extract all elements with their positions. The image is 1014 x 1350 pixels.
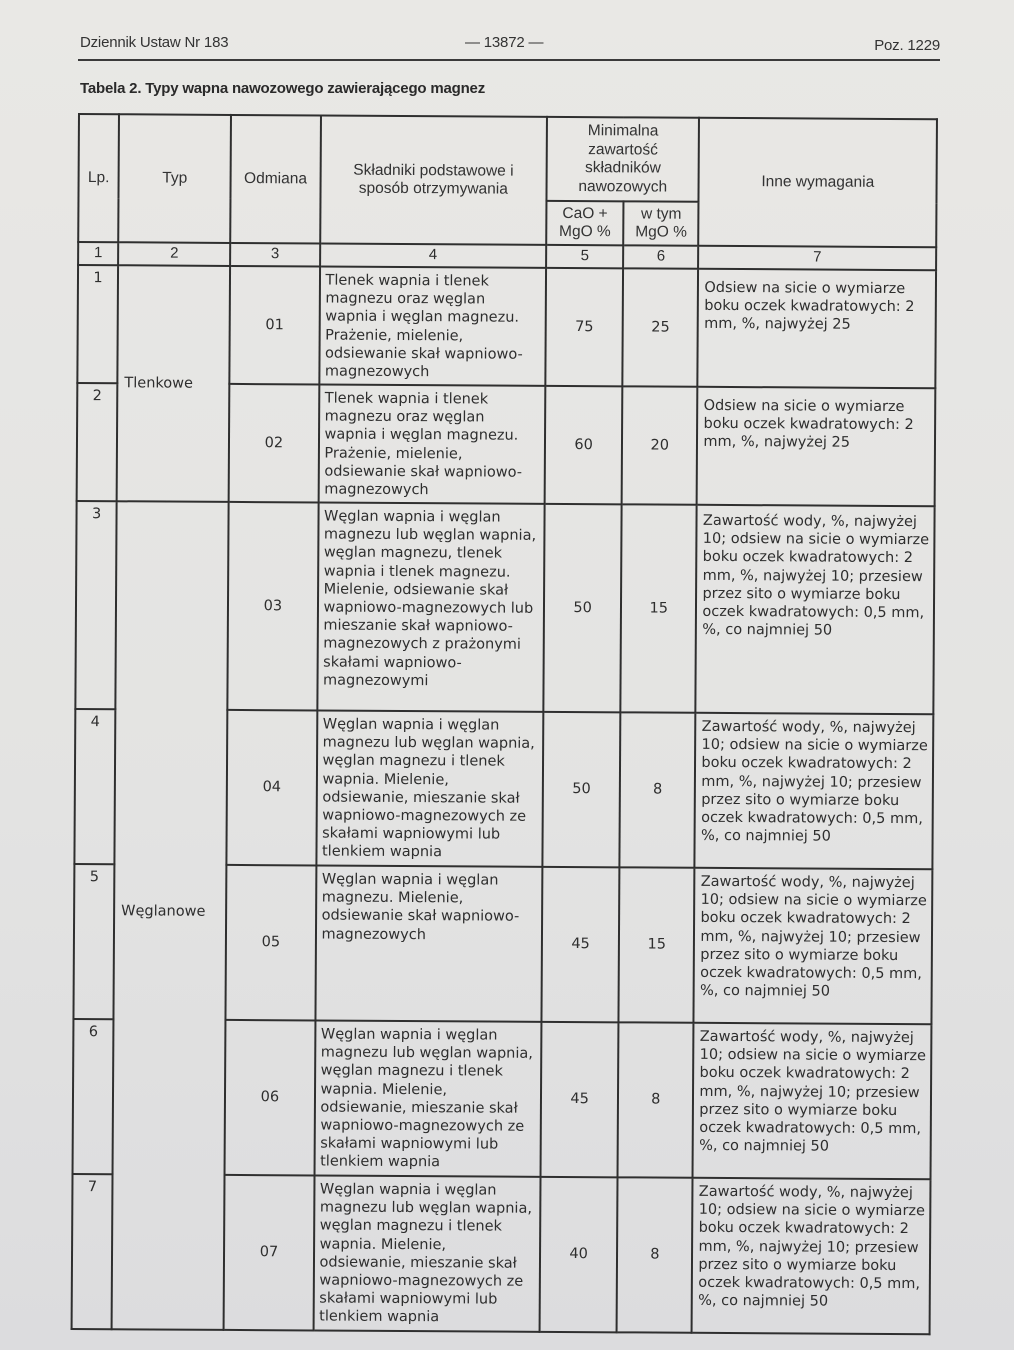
column-number: 3: [230, 243, 319, 267]
row-odmiana: 01: [230, 266, 320, 385]
position-number: Poz. 1229: [874, 37, 940, 54]
row-skladniki: Węglan wapnia i węglan magnezu lub węgla…: [317, 502, 545, 711]
header-skladniki: Składniki podstawowe i sposób otrzymywan…: [320, 115, 547, 244]
table-row: 3 Węglanowe 03 Węglan wapnia i węglan ma…: [75, 501, 934, 714]
row-cao-mgo: 40: [540, 1177, 618, 1332]
row-odmiana: 06: [225, 1020, 315, 1176]
row-cao-mgo: 50: [543, 504, 621, 712]
row-inne: Odsiew na sicie o wymiarze boku oczek kw…: [697, 387, 935, 506]
header-rule: [78, 59, 940, 61]
row-lp: 1: [77, 265, 118, 383]
header-minimalna: Minimalna zawartość składników nawozowyc…: [547, 117, 700, 202]
row-lp: 5: [73, 864, 114, 1019]
row-mgo: 20: [622, 386, 698, 504]
row-mgo: 25: [623, 268, 699, 386]
row-odmiana: 07: [224, 1175, 314, 1331]
header-w-tym-mgo: w tym MgO %: [623, 201, 698, 245]
row-inne: Zawartość wody, %, najwyżej 10; odsiew n…: [692, 1178, 931, 1334]
row-cao-mgo: 60: [545, 386, 623, 504]
row-cao-mgo: 45: [542, 867, 620, 1022]
row-cao-mgo: 75: [545, 268, 623, 386]
row-odmiana: 05: [226, 865, 316, 1021]
row-mgo: 15: [621, 504, 697, 712]
type-cell-tlenkowe: Tlenkowe: [117, 265, 231, 502]
table-title: Tabela 2. Typy wapna nawozowego zawieraj…: [80, 80, 485, 97]
fertilizer-lime-table: Lp. Typ Odmiana Składniki podstawowe i s…: [71, 113, 938, 1335]
row-inne: Zawartość wody, %, najwyżej 10; odsiew n…: [694, 868, 933, 1024]
row-skladniki: Węglan wapnia i węglan magnezu lub węgla…: [314, 1020, 541, 1176]
row-lp: 6: [73, 1019, 114, 1174]
row-lp: 7: [72, 1174, 113, 1329]
type-label: Tlenkowe: [124, 375, 193, 391]
column-number: 1: [78, 242, 118, 265]
column-number: 7: [698, 246, 936, 270]
row-skladniki: Węglan wapnia i węglan magnezu lub węgla…: [313, 1175, 540, 1331]
header-cao-mgo: CaO + MgO %: [546, 201, 623, 245]
row-skladniki: Węglan wapnia i węglan magnezu lub węgla…: [316, 710, 543, 866]
row-lp: 3: [75, 501, 116, 709]
row-inne: Odsiew na sicie o wymiarze boku oczek kw…: [698, 269, 936, 388]
column-number: 6: [623, 245, 698, 268]
row-inne: Zawartość wody, %, najwyżej 10; odsiew n…: [693, 1023, 932, 1179]
row-odmiana: 02: [229, 384, 319, 503]
header-odmiana: Odmiana: [231, 115, 321, 244]
document-page: Dziennik Ustaw Nr 183 — 13872 — Poz. 122…: [0, 0, 1014, 1350]
column-number: 5: [546, 245, 623, 268]
header-inne: Inne wymagania: [699, 118, 937, 247]
row-skladniki: Tlenek wapnia i tlenek magnezu oraz węgl…: [318, 384, 545, 503]
row-odmiana: 04: [227, 710, 317, 866]
row-mgo: 15: [619, 867, 695, 1022]
table-row: 1 Tlenkowe 01 Tlenek wapnia i tlenek mag…: [77, 265, 936, 388]
row-lp: 2: [77, 383, 118, 501]
row-mgo: 8: [620, 712, 696, 867]
column-number: 4: [320, 243, 547, 267]
row-lp: 4: [74, 709, 115, 864]
page-number: — 13872 —: [465, 34, 543, 51]
row-inne: Zawartość wody, %, najwyżej 10; odsiew n…: [696, 505, 935, 714]
row-skladniki: Węglan wapnia i węglan magnezu. Mielenie…: [315, 865, 542, 1021]
row-inne: Zawartość wody, %, najwyżej 10; odsiew n…: [695, 713, 934, 869]
row-cao-mgo: 50: [542, 712, 620, 867]
journal-name: Dziennik Ustaw Nr 183: [80, 34, 228, 51]
column-number: 2: [118, 242, 230, 266]
row-mgo: 8: [618, 1022, 694, 1177]
type-cell-weglanowe: Węglanowe: [112, 501, 229, 1330]
row-mgo: 8: [617, 1177, 693, 1332]
type-label: Węglanowe: [121, 903, 205, 920]
running-header: Dziennik Ustaw Nr 183 — 13872 — Poz. 122…: [80, 31, 940, 55]
header-typ: Typ: [118, 114, 231, 243]
row-odmiana: 03: [228, 502, 318, 711]
row-cao-mgo: 45: [541, 1022, 619, 1177]
row-skladniki: Tlenek wapnia i tlenek magnezu oraz węgl…: [319, 266, 546, 385]
header-lp: Lp.: [78, 114, 119, 242]
